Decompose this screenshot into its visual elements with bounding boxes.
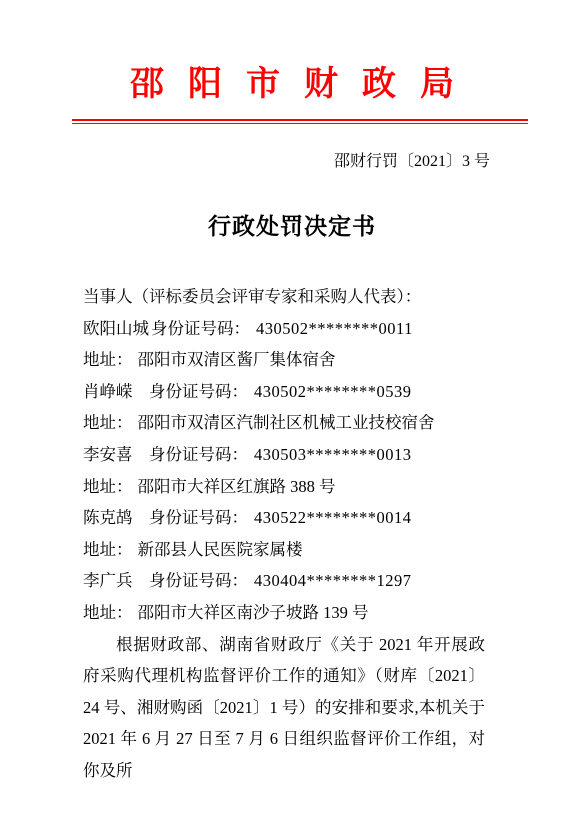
party-row: 陈克鸪身份证号码：430522********0014: [83, 502, 485, 534]
address-label: 地址：: [83, 413, 133, 432]
address-value: 邵阳市双清区酱厂集体宿舍: [133, 350, 336, 369]
party-name: 李广兵: [83, 565, 147, 597]
address-label: 地址：: [83, 603, 133, 622]
address-row: 地址：邵阳市双清区酱厂集体宿舍: [83, 344, 485, 376]
doc-number: 邵财行罚〔2021〕3 号: [0, 152, 584, 172]
id-number: 430502********0011: [250, 319, 413, 338]
address-value: 邵阳市大祥区南沙子坡路 139 号: [133, 603, 369, 622]
party-row: 李安喜身份证号码：430503********0013: [83, 439, 485, 471]
party-row: 李广兵身份证号码：430404********1297: [83, 565, 485, 597]
address-row: 地址：邵阳市双清区汽制社区机械工业技校宿舍: [83, 407, 485, 439]
address-value: 邵阳市双清区汽制社区机械工业技校宿舍: [133, 413, 435, 432]
id-label: 身份证号码：: [147, 445, 248, 464]
red-separator-line: [72, 119, 528, 124]
id-number: 430404********1297: [248, 571, 412, 590]
agency-name: 邵阳市财政局: [0, 64, 584, 106]
party-name: 欧阳山城: [83, 313, 149, 345]
party-row: 肖峥嵘身份证号码：430502********0539: [83, 376, 485, 408]
address-label: 地址：: [83, 477, 133, 496]
document-title: 行政处罚决定书: [0, 213, 584, 241]
address-value: 邵阳市大祥区红旗路 388 号: [133, 477, 336, 496]
address-row: 地址：邵阳市大祥区南沙子坡路 139 号: [83, 597, 485, 629]
party-row: 欧阳山城身份证号码：430502********0011: [83, 313, 485, 345]
id-label: 身份证号码：: [147, 571, 248, 590]
address-label: 地址：: [83, 350, 133, 369]
document-body: 当事人（评标委员会评审专家和采购人代表）： 欧阳山城身份证号码：430502**…: [83, 281, 485, 787]
id-label: 身份证号码：: [147, 382, 248, 401]
id-label: 身份证号码：: [149, 319, 250, 338]
party-intro-line: 当事人（评标委员会评审专家和采购人代表）：: [83, 281, 485, 313]
address-row: 地址：新邵县人民医院家属楼: [83, 534, 485, 566]
address-value: 新邵县人民医院家属楼: [133, 540, 303, 559]
party-name: 肖峥嵘: [83, 376, 147, 408]
party-name: 陈克鸪: [83, 502, 147, 534]
document-page: 邵阳市财政局 邵财行罚〔2021〕3 号 行政处罚决定书 当事人（评标委员会评审…: [0, 0, 584, 824]
party-name: 李安喜: [83, 439, 147, 471]
id-number: 430522********0014: [248, 508, 412, 527]
id-number: 430503********0013: [248, 445, 412, 464]
id-number: 430502********0539: [248, 382, 412, 401]
body-paragraph: 根据财政部、湖南省财政厅《关于 2021 年开展政府采购代理机构监督评价工作的通…: [83, 629, 485, 787]
address-row: 地址：邵阳市大祥区红旗路 388 号: [83, 471, 485, 503]
id-label: 身份证号码：: [147, 508, 248, 527]
address-label: 地址：: [83, 540, 133, 559]
